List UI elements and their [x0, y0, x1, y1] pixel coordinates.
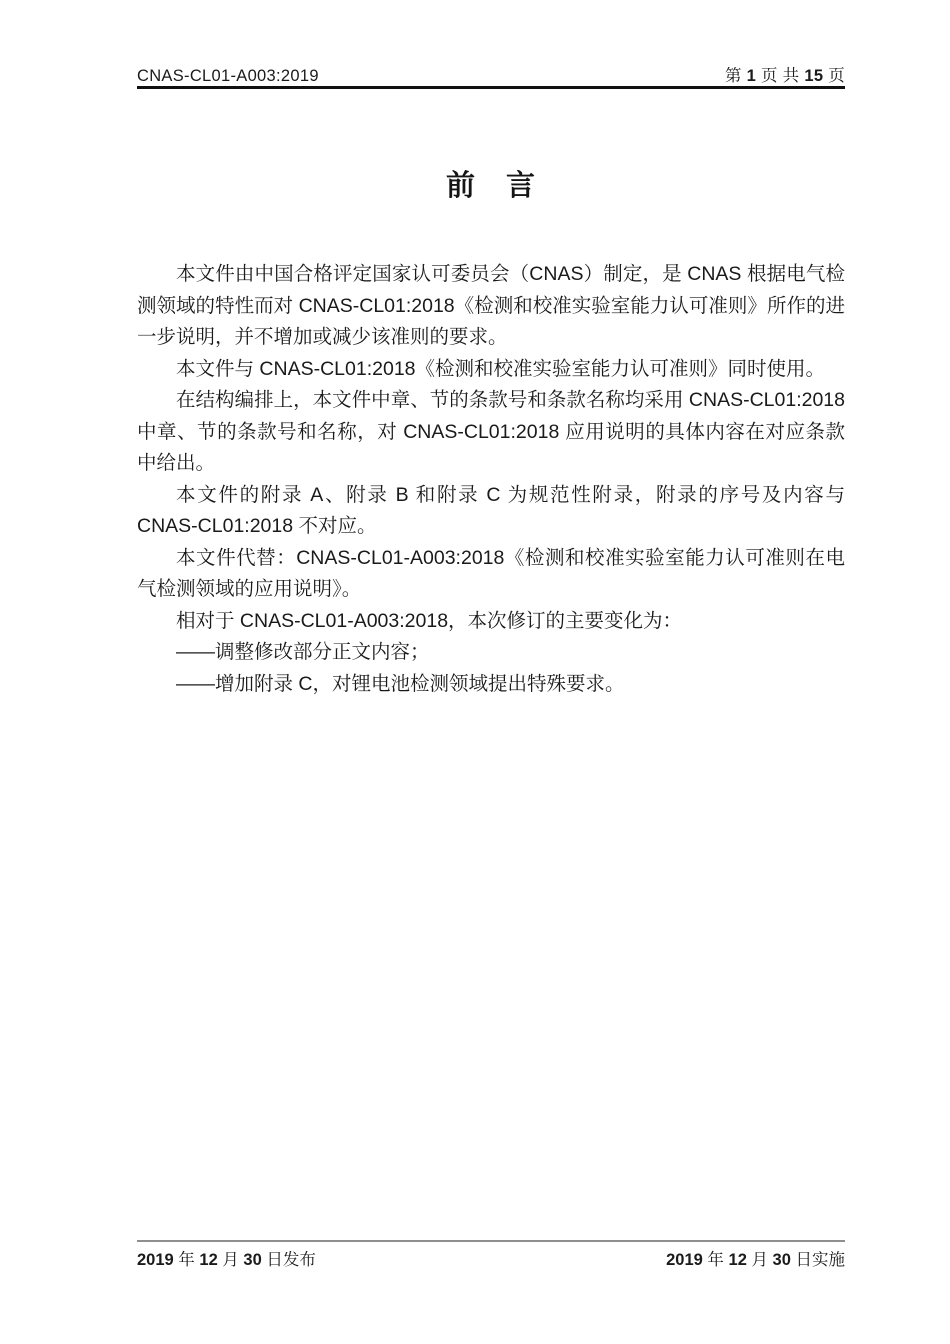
- numeric-text: 15: [804, 67, 823, 85]
- footer-rule: [137, 1240, 845, 1242]
- implementation-date: 2019 年 12 月 30 日实施: [666, 1246, 845, 1270]
- paragraph: 本文件代替：CNAS-CL01-A003:2018《检测和校准实验室能力认可准则…: [137, 543, 845, 606]
- page-number-indicator: 第 1 页 共 15 页: [725, 62, 845, 86]
- label-text: 年: [174, 1251, 200, 1269]
- label-text: 年: [703, 1251, 729, 1269]
- paragraph: 本文件与 CNAS-CL01:2018《检测和校准实验室能力认可准则》同时使用。: [137, 354, 845, 386]
- label-text: 日发布: [262, 1251, 316, 1269]
- numeric-text: 30: [773, 1251, 791, 1269]
- document-body: 本文件由中国合格评定国家认可委员会（CNAS）制定，是 CNAS 根据电气检测领…: [137, 259, 845, 700]
- label-text: 月: [218, 1251, 244, 1269]
- numeric-text: 12: [199, 1251, 217, 1269]
- label-text: 日实施: [791, 1251, 845, 1269]
- page-header: CNAS-CL01-A003:2019 第 1 页 共 15 页: [137, 62, 845, 86]
- paragraph: ——调整修改部分正文内容；: [137, 637, 845, 669]
- numeric-text: 2019: [137, 1251, 174, 1269]
- paragraph: 本文件的附录 A、附录 B 和附录 C 为规范性附录，附录的序号及内容与 CNA…: [137, 480, 845, 543]
- label-text: 页 共: [756, 67, 804, 85]
- page-footer: 2019 年 12 月 30 日发布 2019 年 12 月 30 日实施: [137, 1246, 845, 1270]
- document-number: CNAS-CL01-A003:2019: [137, 67, 319, 86]
- label-text: 第: [725, 67, 747, 85]
- release-date: 2019 年 12 月 30 日发布: [137, 1246, 316, 1270]
- page-title: 前 言: [137, 163, 845, 204]
- label-text: 页: [823, 67, 845, 85]
- label-text: 月: [747, 1251, 773, 1269]
- header-rule: [137, 86, 845, 89]
- numeric-text: 2019: [666, 1251, 703, 1269]
- paragraph: 本文件由中国合格评定国家认可委员会（CNAS）制定，是 CNAS 根据电气检测领…: [137, 259, 845, 354]
- numeric-text: 12: [729, 1251, 747, 1269]
- numeric-text: 30: [243, 1251, 261, 1269]
- paragraph: 相对于 CNAS-CL01-A003:2018，本次修订的主要变化为：: [137, 606, 845, 638]
- paragraph: 在结构编排上，本文件中章、节的条款号和条款名称均采用 CNAS-CL01:201…: [137, 385, 845, 480]
- paragraph: ——增加附录 C，对锂电池检测领域提出特殊要求。: [137, 669, 845, 701]
- numeric-text: 1: [747, 67, 756, 85]
- document-page: CNAS-CL01-A003:2019 第 1 页 共 15 页 前 言 本文件…: [0, 0, 950, 1344]
